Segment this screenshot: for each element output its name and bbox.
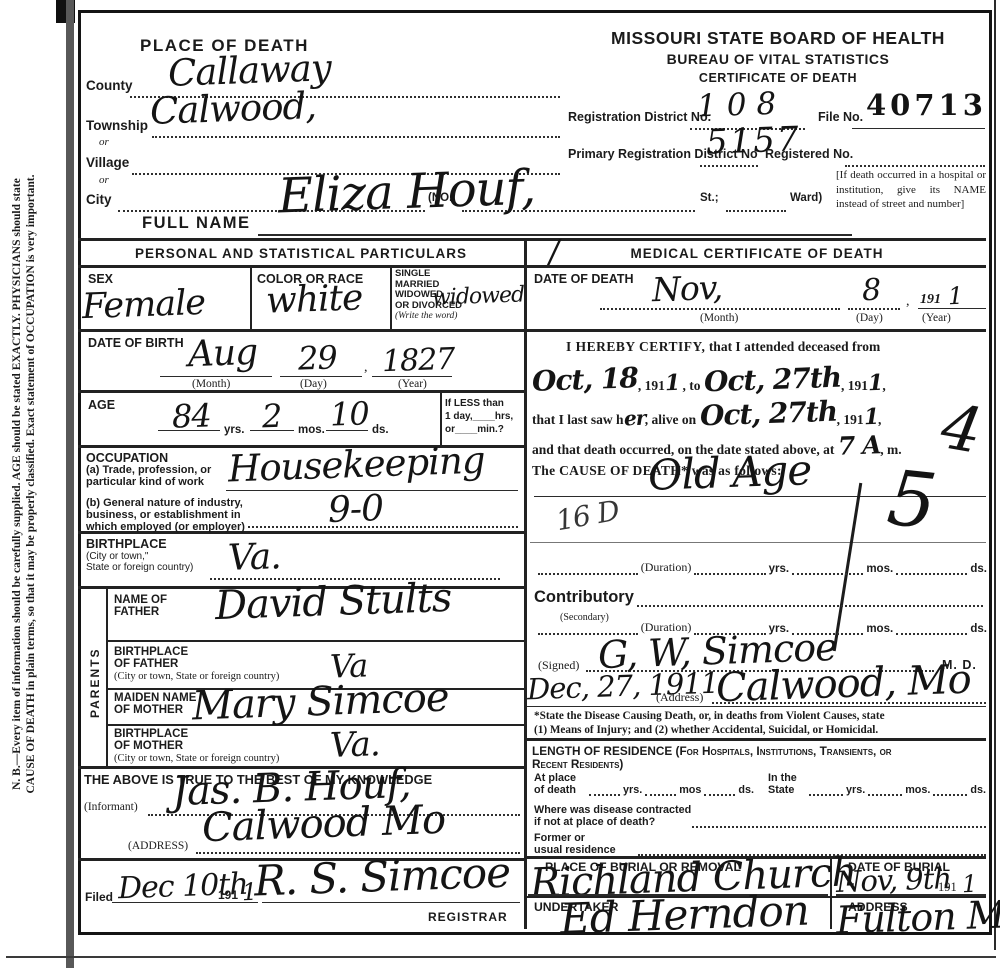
in-state-ds: ds.: [970, 784, 986, 796]
right-edge-line: [994, 0, 996, 950]
duration-fill-2: [694, 561, 765, 575]
duration-fill-3: [792, 561, 863, 575]
in-state-mos: mos.: [905, 784, 930, 796]
contracted-line: [692, 812, 986, 828]
ds-label: ds.: [372, 424, 389, 436]
informant-address-value: Calwood Mo: [201, 800, 445, 848]
yrs-label: yrs.: [224, 424, 244, 436]
informant-label: (Informant): [84, 801, 138, 813]
dod-label: DATE OF DEATH: [534, 272, 634, 286]
duration-label-1: (Duration): [641, 560, 692, 575]
registrar-signature: R. S. Simcoe: [253, 852, 510, 903]
birthplace-sub1: (City or town,": [86, 551, 148, 562]
at-place-row: yrs. mos ds.: [586, 782, 754, 796]
age-label: AGE: [88, 398, 115, 412]
occupation-b-line3: which employed (or employer): [86, 521, 245, 533]
in-state-yrs: yrs.: [846, 784, 865, 796]
township-value: Calwood,: [149, 87, 316, 130]
filed-line1: [112, 884, 258, 903]
registered-no-label: Registered No.: [765, 147, 853, 161]
dob-label: DATE OF BIRTH: [88, 336, 184, 350]
or-1: or: [99, 136, 109, 148]
occupation-b-line1: (b) General nature of industry,: [86, 497, 243, 509]
full-name-value: Eliza Houf,: [277, 164, 535, 221]
at-place-yrs: yrs.: [623, 784, 642, 796]
color-race-value: white: [265, 280, 362, 319]
dob-day-caption: (Day): [300, 378, 327, 390]
if-less-line2: 1 day,____hrs,: [445, 410, 513, 423]
personal-title-underline: [78, 265, 524, 268]
age-box-divider: [440, 392, 442, 445]
comma-b: ,: [882, 378, 885, 394]
last-saw-date: Oct, 27th: [699, 398, 837, 431]
margin-note-line1: N. B.—Every item of information should b…: [10, 18, 24, 950]
parents-side-divider: [106, 588, 108, 768]
if-less-note: If LESS than 1 day,____hrs, or____min.?: [445, 397, 513, 436]
at-place-ds: ds.: [738, 784, 754, 796]
contributory-fill: [637, 593, 983, 607]
or-2: or: [99, 174, 109, 186]
mother-name-label2: OF MOTHER: [114, 704, 183, 716]
margin-note: N. B.—Every item of information should b…: [10, 18, 38, 950]
occupation-label: OCCUPATION: [86, 451, 168, 465]
personal-title: PERSONAL AND STATISTICAL PARTICULARS: [78, 246, 524, 261]
hw-year-digit-b: 1: [868, 372, 883, 394]
dod-month-caption: (Month): [700, 312, 738, 324]
former-label2: usual residence: [534, 844, 616, 856]
dob-comma: ,: [364, 360, 368, 376]
margin-note-line2: CAUSE OF DEATH in plain terms, so that i…: [24, 18, 38, 950]
at-place-mos: mos: [679, 784, 701, 796]
occupation-a-value: Housekeeping: [227, 442, 485, 488]
occupation-a-line1: (a) Trade, profession, or: [86, 464, 211, 476]
st-label: St.;: [700, 192, 719, 204]
to-word: , to: [679, 378, 704, 394]
marital-line5: (Write the word): [395, 311, 462, 322]
board-title: MISSOURI STATE BOARD OF HEALTH: [568, 28, 988, 49]
st-line: [726, 194, 786, 212]
signed-block-underline: [527, 688, 986, 707]
registered-no-line: [845, 149, 985, 167]
last-saw-a: that I last saw h: [532, 412, 624, 428]
last-saw-b: , alive on: [645, 412, 700, 428]
occupation-b-line2: business, or establishment in: [86, 509, 241, 521]
mother-bp-label3: (City or town, State or foreign country): [114, 753, 279, 764]
undertaker-address-value: Fulton Mo: [835, 895, 1000, 940]
attended-from-date: Oct, 18: [532, 364, 639, 396]
occupation-b-value: 9-0: [327, 491, 383, 529]
column-divider: [524, 238, 527, 929]
duration-yrs-1: yrs.: [769, 563, 789, 575]
age-ds-value: 10: [329, 397, 369, 430]
duration-fill-1: [538, 561, 638, 575]
stray-mark-5: 5: [884, 460, 939, 541]
dob-day-value: 29: [297, 341, 337, 374]
at-place-label1: At place: [534, 772, 576, 784]
dod-year-hw: 1: [948, 284, 963, 308]
mother-name-label1: MAIDEN NAME: [114, 692, 196, 704]
father-name-value: David Stults: [214, 578, 452, 626]
mother-bp-label1: BIRTHPLACE: [114, 728, 188, 740]
in-state-row: yrs. mos. ds.: [806, 782, 986, 796]
in-the-label1: In the: [768, 772, 797, 784]
dob-month-value: Aug: [187, 335, 257, 373]
footnote-line1: *State the Disease Causing Death, or, in…: [534, 710, 986, 724]
former-label1: Former or: [534, 832, 585, 844]
dod-comma: ,: [906, 294, 910, 310]
birthplace-label: BIRTHPLACE: [86, 537, 167, 551]
dob-row-border: [78, 390, 524, 393]
duration-fill-4: [896, 561, 967, 575]
ward-label: Ward): [790, 192, 822, 204]
residence-title-line1: LENGTH OF RESIDENCE (For Hospitals, Inst…: [532, 744, 892, 758]
marital-value: widowed: [432, 284, 525, 309]
isr-fill-3: [933, 782, 967, 796]
at-place-label2: of death: [534, 784, 576, 796]
marital-line1: SINGLE: [395, 269, 462, 280]
birthplace-value: Va.: [227, 539, 281, 577]
cause-duration-row: (Duration) yrs. mos. ds.: [535, 560, 987, 575]
township-label: Township: [86, 118, 148, 133]
mother-name-value: Mary Simcoe: [191, 678, 449, 727]
birthplace-sub2: State or foreign country): [86, 562, 193, 573]
file-no-value: 40713: [866, 88, 987, 122]
contributory-row: Contributory: [534, 588, 986, 607]
if-less-line3: or____min.?: [445, 423, 513, 436]
village-label: Village: [86, 155, 129, 170]
dod-month-value: Nov,: [651, 271, 722, 306]
sex-cell-divider: [250, 266, 252, 330]
in-the-label2: State: [768, 784, 794, 796]
dod-year-printed: 191: [920, 292, 941, 308]
if-less-line1: If LESS than: [445, 397, 513, 410]
contributory-label: Contributory: [534, 588, 634, 607]
cduration-fill-4: [896, 621, 967, 635]
father-name-border: [106, 640, 524, 642]
printed-191a: , 191: [638, 378, 665, 394]
informant-address-label: (ADDRESS): [128, 840, 188, 852]
residence-title-line2: Recent Residents): [532, 757, 623, 771]
attended-to-date: Oct, 27th: [703, 364, 841, 397]
medical-title-underline: [527, 265, 986, 268]
header-divider: [78, 238, 986, 241]
footnote-border: [527, 738, 986, 741]
contracted-label2: if not at place of death?: [534, 816, 655, 828]
certify-rest: that I attended deceased from: [705, 339, 880, 354]
county-label: County: [86, 78, 133, 93]
mother-bp-value: Va.: [329, 727, 380, 763]
her-insert: er: [623, 408, 645, 429]
race-cell-divider: [390, 266, 392, 330]
isr-fill-1: [809, 782, 843, 796]
duration-mos-2: mos.: [866, 623, 893, 635]
father-name-label2: FATHER: [114, 606, 159, 618]
registration-district-value: 108: [696, 88, 786, 122]
sex-row-border: [78, 329, 524, 332]
printed-191b: , 191: [841, 378, 868, 394]
printed-191c: , 191: [837, 412, 864, 428]
dod-day-value: 8: [861, 276, 880, 307]
father-bp-label2: OF FATHER: [114, 658, 178, 670]
dod-year-caption: (Year): [922, 312, 951, 324]
apr-fill-3: [704, 782, 735, 796]
primary-registration-line: [700, 149, 758, 167]
dod-row-border: [527, 329, 986, 332]
filed-label: Filed: [85, 890, 113, 904]
cause-footnote: *State the Disease Causing Death, or, in…: [534, 710, 986, 737]
father-name-label1: NAME OF: [114, 594, 167, 606]
age-yrs-value: 84: [171, 399, 211, 432]
apr-fill-2: [645, 782, 676, 796]
dod-day-caption: (Day): [856, 312, 883, 324]
mother-bp-label2: OF MOTHER: [114, 740, 183, 752]
duration-ds-1: ds.: [970, 563, 987, 575]
age-mos-value: 2: [261, 400, 281, 433]
mos-label: mos.: [298, 424, 325, 436]
dob-year-value: 1827: [381, 345, 454, 378]
registrar-label: REGISTRAR: [428, 910, 508, 924]
certificate-title: CERTIFICATE OF DEATH: [568, 71, 988, 85]
certify-bold: I HEREBY CERTIFY,: [566, 339, 705, 354]
time-of-death-value: 7 A: [837, 432, 880, 458]
sex-value: Female: [81, 286, 205, 325]
city-label: City: [86, 192, 112, 207]
footnote-line2: (1) Means of Injury; and (2) whether Acc…: [534, 724, 986, 738]
dob-year-caption: (Year): [398, 378, 427, 390]
hw-year-digit-a: 1: [664, 372, 679, 394]
left-edge-bar: [66, 0, 74, 968]
contracted-label1: Where was disease contracted: [534, 804, 691, 816]
full-name-label: FULL NAME: [142, 214, 251, 233]
apr-fill-1: [589, 782, 620, 796]
hw-year-digit-c: 1: [863, 406, 878, 428]
sex-label: SEX: [88, 272, 113, 286]
dob-month-caption: (Month): [192, 378, 230, 390]
duration-mos-1: mos.: [866, 563, 893, 575]
duration-ds-2: ds.: [970, 623, 987, 635]
isr-fill-2: [868, 782, 902, 796]
father-bp-label1: BIRTHPLACE: [114, 646, 188, 658]
medical-title: MEDICAL CERTIFICATE OF DEATH: [527, 246, 987, 261]
parents-side-label: PARENTS: [88, 648, 102, 718]
occupation-a-line2: particular kind of work: [86, 476, 204, 488]
bureau-title: BUREAU OF VITAL STATISTICS: [568, 51, 988, 67]
bottom-edge-line: [6, 956, 996, 958]
undertaker-value: Ed Herndon: [559, 890, 809, 941]
hospital-note: [If death occurred in a hospital or inst…: [836, 168, 986, 212]
